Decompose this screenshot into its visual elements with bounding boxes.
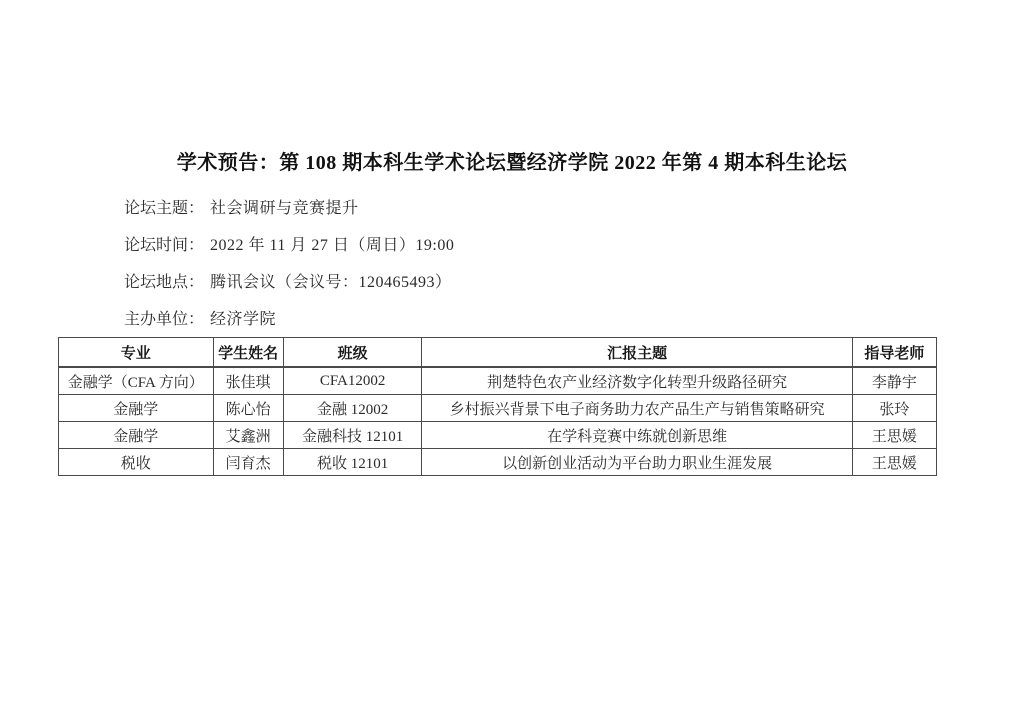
cell-topic: 乡村振兴背景下电子商务助力农产品生产与销售策略研究 [422,395,852,422]
cell-major: 税收 [59,449,214,476]
header-topic: 汇报主题 [422,338,852,368]
cell-teacher: 王思媛 [852,422,936,449]
forum-info-block: 论坛主题： 社会调研与竞赛提升 论坛时间： 2022 年 11 月 27 日（周… [124,188,454,336]
info-value-organizer: 经济学院 [210,306,276,329]
cell-topic: 在学科竞赛中练就创新思维 [422,422,852,449]
info-label-organizer: 主办单位： [124,306,204,329]
cell-teacher: 张玲 [852,395,936,422]
table-row: 金融学（CFA 方向） 张佳琪 CFA12002 荆楚特色农产业经济数字化转型升… [59,367,937,395]
cell-student: 艾鑫洲 [213,422,283,449]
document-page: 学术预告：第 108 期本科生学术论坛暨经济学院 2022 年第 4 期本科生论… [0,0,1024,724]
info-label-time: 论坛时间： [124,232,204,255]
cell-class: 金融 12002 [283,395,422,422]
header-student: 学生姓名 [213,338,283,368]
cell-class: 金融科技 12101 [283,422,422,449]
info-value-time: 2022 年 11 月 27 日（周日）19:00 [210,232,454,255]
cell-class: CFA12002 [283,367,422,395]
cell-major: 金融学（CFA 方向） [59,367,214,395]
info-row-time: 论坛时间： 2022 年 11 月 27 日（周日）19:00 [124,225,454,262]
header-class: 班级 [283,338,422,368]
info-value-topic: 社会调研与竞赛提升 [210,195,359,218]
cell-teacher: 王思媛 [852,449,936,476]
cell-topic: 以创新创业活动为平台助力职业生涯发展 [422,449,852,476]
cell-student: 张佳琪 [213,367,283,395]
table-row: 税收 闫育杰 税收 12101 以创新创业活动为平台助力职业生涯发展 王思媛 [59,449,937,476]
table-row: 金融学 陈心怡 金融 12002 乡村振兴背景下电子商务助力农产品生产与销售策略… [59,395,937,422]
info-row-organizer: 主办单位： 经济学院 [124,299,454,336]
info-row-location: 论坛地点： 腾讯会议（会议号：120465493） [124,262,454,299]
cell-class: 税收 12101 [283,449,422,476]
info-row-topic: 论坛主题： 社会调研与竞赛提升 [124,188,454,225]
cell-major: 金融学 [59,422,214,449]
presentation-table: 专业 学生姓名 班级 汇报主题 指导老师 金融学（CFA 方向） 张佳琪 CFA… [58,337,937,476]
table-row: 金融学 艾鑫洲 金融科技 12101 在学科竞赛中练就创新思维 王思媛 [59,422,937,449]
info-label-location: 论坛地点： [124,269,204,292]
header-major: 专业 [59,338,214,368]
cell-teacher: 李静宇 [852,367,936,395]
header-teacher: 指导老师 [852,338,936,368]
table-header-row: 专业 学生姓名 班级 汇报主题 指导老师 [59,338,937,368]
cell-student: 陈心怡 [213,395,283,422]
info-label-topic: 论坛主题： [124,195,204,218]
presentation-table-wrap: 专业 学生姓名 班级 汇报主题 指导老师 金融学（CFA 方向） 张佳琪 CFA… [58,337,937,476]
cell-major: 金融学 [59,395,214,422]
cell-student: 闫育杰 [213,449,283,476]
page-title: 学术预告：第 108 期本科生学术论坛暨经济学院 2022 年第 4 期本科生论… [0,149,1024,177]
cell-topic: 荆楚特色农产业经济数字化转型升级路径研究 [422,367,852,395]
info-value-location: 腾讯会议（会议号：120465493） [210,269,452,292]
